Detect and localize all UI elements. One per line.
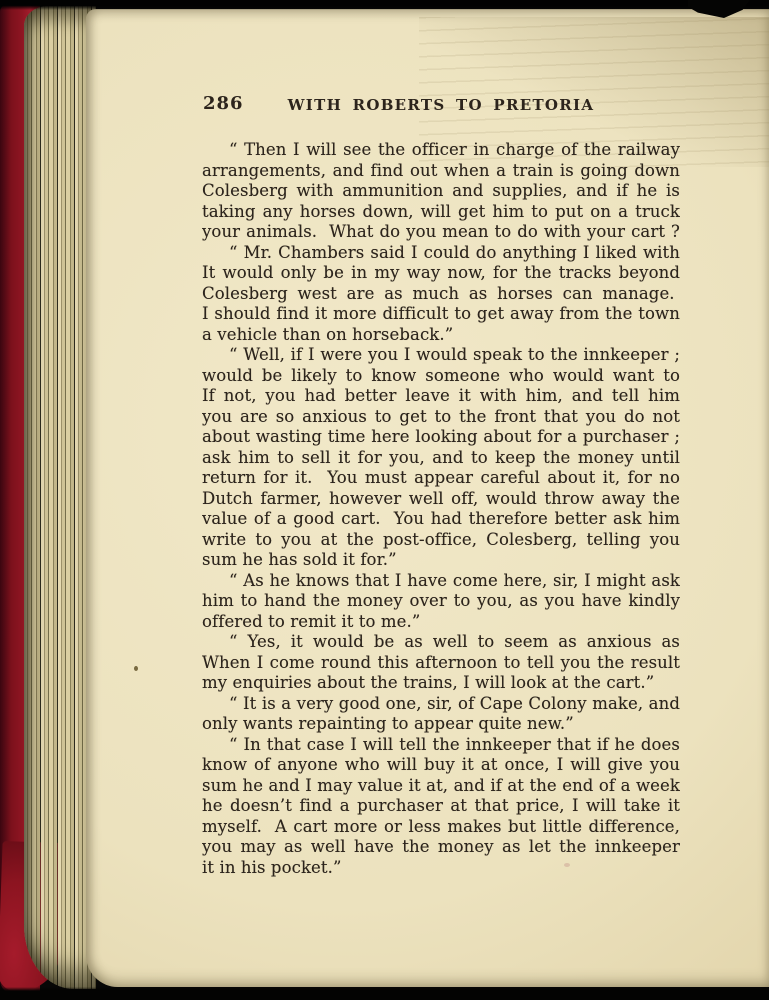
text-line: When I come round this afternoon to tell… xyxy=(202,653,680,674)
text-line: It would only be in my way now, for the … xyxy=(202,263,680,284)
text-line: offered to remit it to me.” xyxy=(202,612,680,633)
text-line: would be likely to know someone who woul… xyxy=(202,366,680,387)
text-line: Colesberg west are as much as horses can… xyxy=(202,284,680,305)
page-speck xyxy=(564,863,570,867)
page-header: 286 WITH ROBERTS TO PRETORIA xyxy=(202,93,680,117)
text-line: “ It is a very good one, sir, of Cape Co… xyxy=(202,694,680,715)
page-speck xyxy=(134,666,138,671)
text-line: “ Mr. Chambers said I could do anything … xyxy=(202,243,680,264)
text-line: Dutch farmer, however well off, would th… xyxy=(202,489,680,510)
book-page: 286 WITH ROBERTS TO PRETORIA “ Then I wi… xyxy=(86,9,769,987)
text-line: value of a good cart. You had therefore … xyxy=(202,509,680,530)
text-line: sum he and I may value it at, and if at … xyxy=(202,776,680,797)
photo-top-edge xyxy=(0,0,769,10)
text-line: my enquiries about the trains, I will lo… xyxy=(202,673,680,694)
text-line: only wants repainting to appear quite ne… xyxy=(202,714,680,735)
text-line: you are so anxious to get to the front t… xyxy=(202,407,680,428)
text-line: it in his pocket.” xyxy=(202,858,680,879)
text-line: about wasting time here looking about fo… xyxy=(202,427,680,448)
text-line: write to you at the post-office, Colesbe… xyxy=(202,530,680,551)
text-line: ask him to sell it for you, and to keep … xyxy=(202,448,680,469)
text-line: he doesn’t find a purchaser at that pric… xyxy=(202,796,680,817)
book-photo: 286 WITH ROBERTS TO PRETORIA “ Then I wi… xyxy=(0,0,769,1000)
page-number: 286 xyxy=(203,93,244,114)
text-line: a vehicle than on horseback.” xyxy=(202,325,680,346)
text-line: return for it. You must appear careful a… xyxy=(202,468,680,489)
text-line: arrangements, and find out when a train … xyxy=(202,161,680,182)
text-line: “ Well, if I were you I would speak to t… xyxy=(202,345,680,366)
text-line: taking any horses down, will get him to … xyxy=(202,202,680,223)
text-line: I should find it more difficult to get a… xyxy=(202,304,680,325)
text-line: know of anyone who will buy it at once, … xyxy=(202,755,680,776)
text-block: “ Then I will see the officer in charge … xyxy=(202,140,680,878)
text-line: If not, you had better leave it with him… xyxy=(202,386,680,407)
running-title: WITH ROBERTS TO PRETORIA xyxy=(202,93,680,114)
text-line: your animals. What do you mean to do wit… xyxy=(202,222,680,243)
photo-bottom-edge xyxy=(0,987,769,1000)
text-line: sum he has sold it for.” xyxy=(202,550,680,571)
text-line: him to hand the money over to you, as yo… xyxy=(202,591,680,612)
text-line: “ As he knows that I have come here, sir… xyxy=(202,571,680,592)
text-line: “ Yes, it would be as well to seem as an… xyxy=(202,632,680,653)
text-line: “ In that case I will tell the innkeeper… xyxy=(202,735,680,756)
page-speck xyxy=(624,821,629,825)
text-line: myself. A cart more or less makes but li… xyxy=(202,817,680,838)
text-line: you may as well have the money as let th… xyxy=(202,837,680,858)
text-line: Colesberg with ammunition and supplies, … xyxy=(202,181,680,202)
text-line: “ Then I will see the officer in charge … xyxy=(202,140,680,161)
